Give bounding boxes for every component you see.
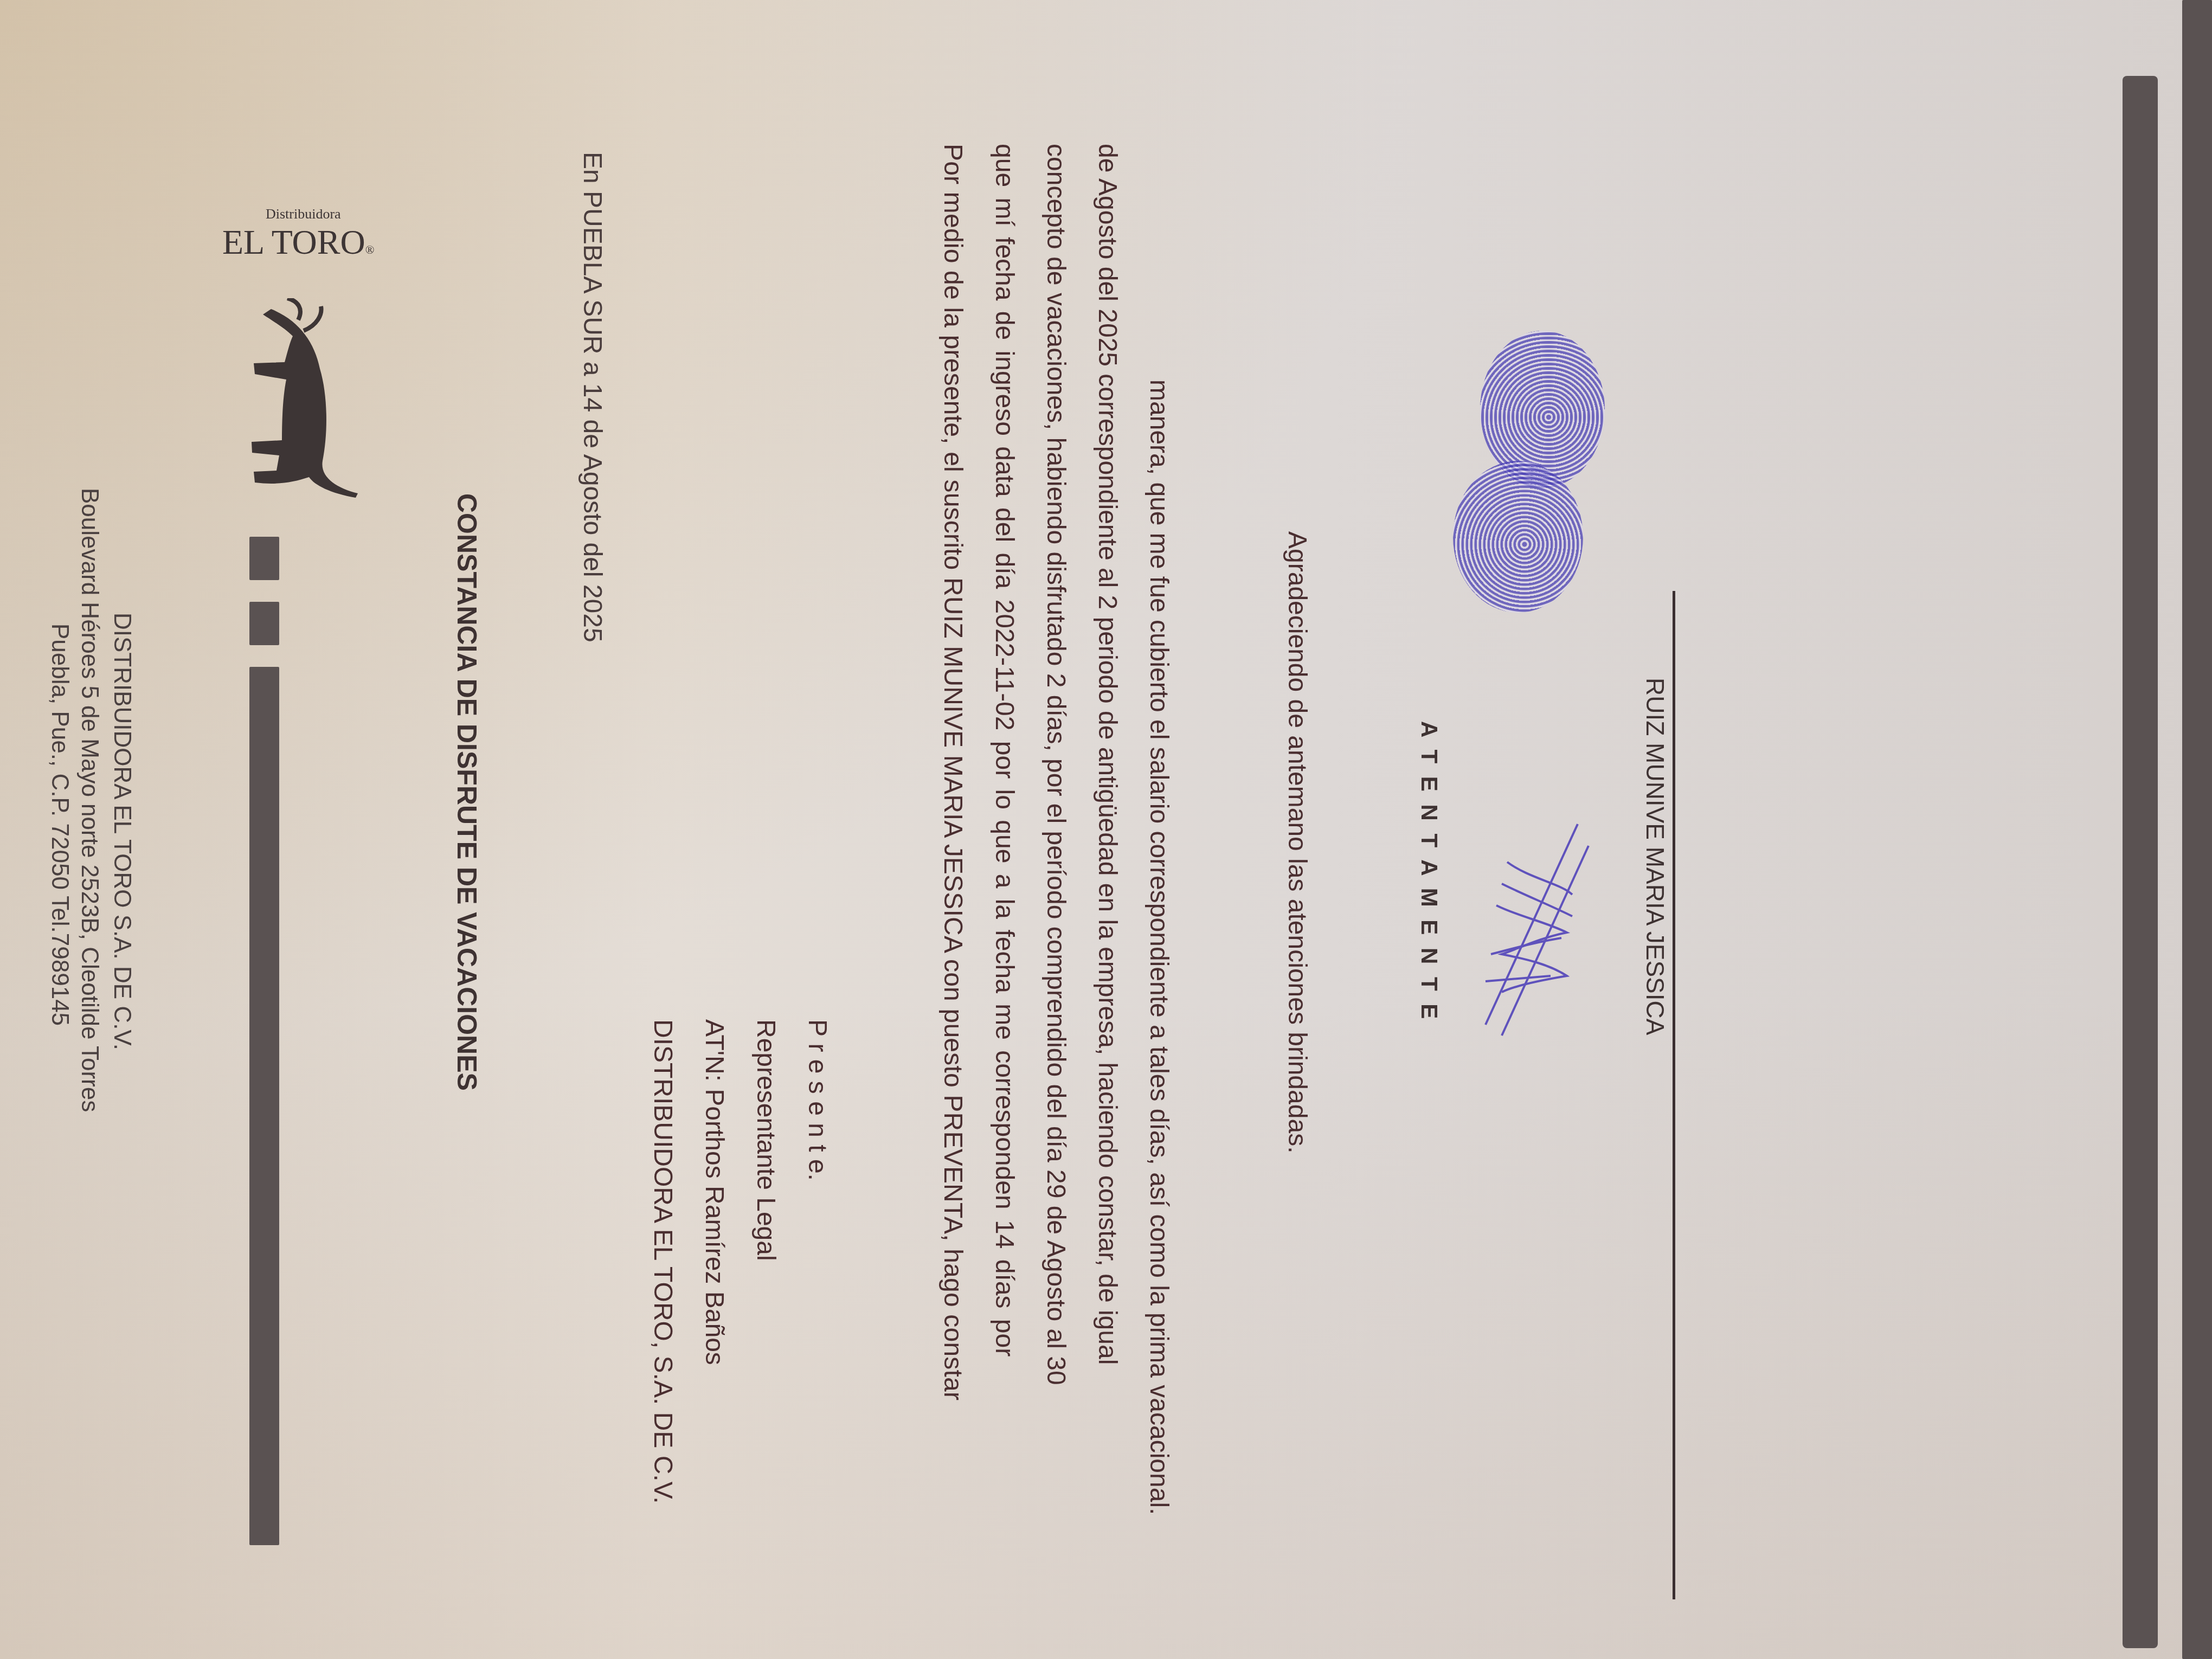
letterhead-address-2: Puebla, Pue., C.P. 72050 Tel.7989145 (46, 623, 73, 1026)
body-line-4: de Agosto del 2025 correspondiente al 2 … (1092, 144, 1122, 1365)
letterhead-address-1: Boulevard Héroes 5 de Mayo norte 2523B, … (76, 488, 103, 1112)
body-line-5: manera, que me fue cubierto el salario c… (1144, 380, 1174, 1515)
footer-bar-2 (2182, 0, 2212, 1659)
fingerprint-2 (1453, 461, 1583, 613)
handwritten-signature (1464, 813, 1594, 1041)
registered-mark: ® (365, 243, 375, 256)
body-line-3: concepto de vacaciones, habiendo disfrut… (1041, 144, 1071, 1385)
logo-small-text: Distribuidora (266, 206, 341, 222)
company-logo: Distribuidora EL TORO® (217, 206, 380, 510)
body-line-1: Por medio de la presente, el suscrito RU… (938, 144, 968, 1400)
logo-brand: EL TORO® (222, 222, 374, 262)
header-bar-long (249, 667, 279, 1545)
recipient-attention: AT'N: Porthos Ramírez Baños (699, 1019, 729, 1365)
letter-page: DISTRIBUIDORA EL TORO S.A. DE C.V. Boule… (0, 0, 2212, 1659)
signatory-name: RUIZ MUNIVE MARIA JESSICA (1641, 678, 1670, 1035)
recipient-role: Representante Legal (751, 1019, 781, 1261)
letterhead-company: DISTRIBUIDORA EL TORO S.A. DE C.V. (108, 613, 136, 1050)
sign-off: A T E N T A M E N T E (1416, 721, 1442, 1022)
header-bar-short-1 (249, 602, 279, 645)
bull-icon (239, 298, 380, 504)
recipient-company: DISTRIBUIDORA EL TORO, S.A. DE C.V. (648, 1019, 678, 1504)
closing-text: Agradeciendo de antemano las atenciones … (1282, 531, 1312, 1153)
footer-bar-1 (2123, 76, 2158, 1648)
place-date: En PUEBLA SUR a 14 de Agosto del 2025 (577, 152, 607, 642)
body-line-2: que mí fecha de ingreso data del día 202… (989, 144, 1019, 1356)
logo-brand-text: EL TORO (222, 223, 365, 261)
document-title: CONSTANCIA DE DISFRUTE DE VACACIONES (451, 493, 483, 1091)
header-bar-short-2 (249, 537, 279, 580)
signature-line (1673, 591, 1675, 1599)
recipient-present: P r e s e n t e. (802, 1019, 832, 1181)
